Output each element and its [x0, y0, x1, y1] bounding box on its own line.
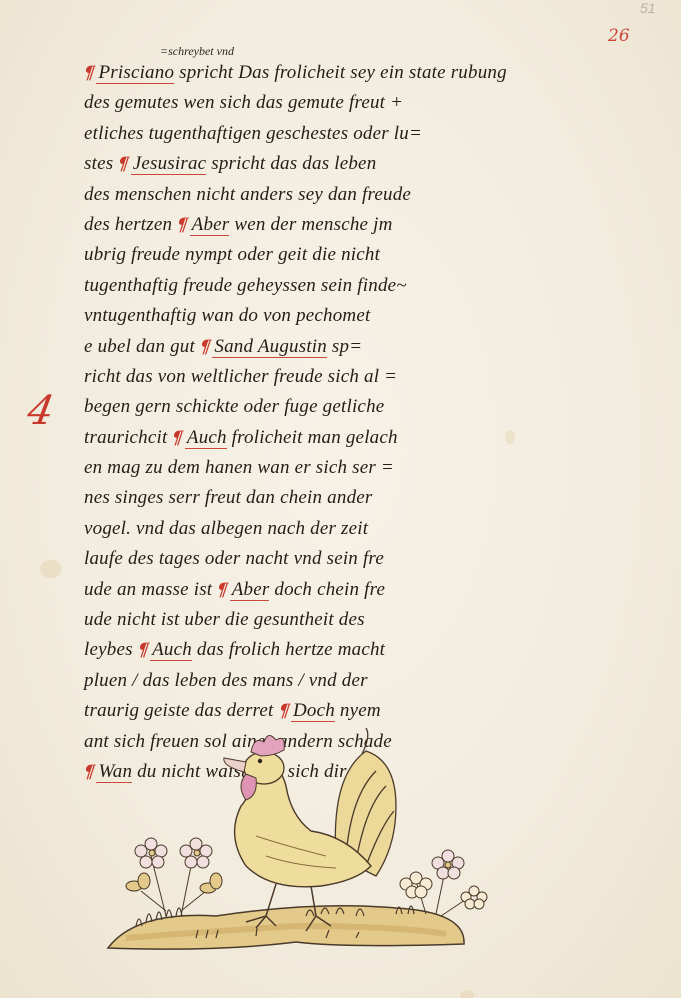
stain [460, 990, 474, 998]
line-text: tugenthaftig freude geheyssen sein finde… [84, 275, 407, 296]
manuscript-line: e ubel dan gut ¶Sand Augustin sp= [84, 332, 554, 362]
rubricated-word: Jesusirac [131, 153, 207, 175]
line-text: stes [84, 153, 118, 174]
line-text: des hertzen [84, 214, 177, 235]
manuscript-line: richt das von weltlicher freude sich al … [84, 362, 554, 392]
line-text: leybes [84, 639, 138, 660]
line-text: vogel. vnd das albegen nach der zeit [84, 518, 368, 539]
manuscript-line: begen gern schickte oder fuge getliche [84, 392, 554, 422]
rubricated-word: Prisciano [96, 62, 174, 84]
manuscript-page: 51 26 =schreybet vnd 4 ¶Prisciano sprich… [0, 0, 681, 998]
manuscript-line: nes singes serr freut dan chein ander [84, 483, 554, 513]
manuscript-line: vogel. vnd das albegen nach der zeit [84, 514, 554, 544]
manuscript-line: ude nicht ist uber die gesuntheit des [84, 605, 554, 635]
manuscript-line: vntugenthaftig wan do von pechomet [84, 301, 554, 331]
manuscript-line: traurichcit ¶Auch frolicheit man gelach [84, 423, 554, 453]
manuscript-line: en mag zu dem hanen wan er sich ser = [84, 453, 554, 483]
line-text: frolicheit man gelach [227, 427, 398, 448]
manuscript-line: etliches tugenthaftigen geschestes oder … [84, 119, 554, 149]
line-text: spricht das das leben [206, 153, 376, 174]
manuscript-line: stes ¶Jesusirac spricht das das leben [84, 149, 554, 179]
line-text: e ubel dan gut [84, 336, 200, 357]
rubricated-word: Auch [150, 639, 192, 661]
line-text: richt das von weltlicher freude sich al … [84, 366, 397, 387]
manuscript-line: ¶Prisciano spricht Das frolicheit sey ei… [84, 58, 554, 88]
manuscript-line: laufe des tages oder nacht vnd sein fre [84, 544, 554, 574]
pencil-folio-number: 51 [640, 0, 656, 16]
line-text: pluen / das leben des mans / vnd der [84, 670, 368, 691]
line-text: vntugenthaftig wan do von pechomet [84, 305, 370, 326]
line-text: ubrig freude nympt oder geit die nicht [84, 244, 380, 265]
stain [40, 560, 62, 578]
manuscript-line: ubrig freude nympt oder geit die nicht [84, 240, 554, 270]
line-text: ude an masse ist [84, 579, 217, 600]
manuscript-line: pluen / das leben des mans / vnd der [84, 666, 554, 696]
rubricated-word: Auch [185, 427, 227, 449]
line-text: sp= [327, 336, 362, 357]
text-block: ¶Prisciano spricht Das frolicheit sey ei… [84, 58, 554, 787]
line-text: en mag zu dem hanen wan er sich ser = [84, 457, 394, 478]
interlinear-note: =schreybet vnd [160, 44, 234, 59]
rooster-illustration [96, 716, 496, 966]
manuscript-line: des menschen nicht anders sey dan freude [84, 180, 554, 210]
rubricated-word: Aber [230, 579, 270, 601]
line-text: wen der mensche jm [229, 214, 392, 235]
line-text: ude nicht ist uber die gesuntheit des [84, 609, 365, 630]
rubricated-word: Aber [190, 214, 230, 236]
line-text: doch chein fre [269, 579, 385, 600]
line-text: begen gern schickte oder fuge getliche [84, 396, 384, 417]
line-text: nes singes serr freut dan chein ander [84, 487, 373, 508]
line-text: des gemutes wen sich das gemute freut + [84, 92, 403, 113]
line-text: etliches tugenthaftigen geschestes oder … [84, 123, 422, 144]
red-folio-number: 26 [608, 26, 630, 46]
margin-mark: 4 [24, 388, 58, 434]
line-text: des menschen nicht anders sey dan freude [84, 184, 411, 205]
line-text: traurichcit [84, 427, 172, 448]
line-text: spricht Das frolicheit sey ein state rub… [174, 62, 507, 83]
manuscript-line: des gemutes wen sich das gemute freut + [84, 88, 554, 118]
manuscript-line: tugenthaftig freude geheyssen sein finde… [84, 271, 554, 301]
line-text: das frolich hertze macht [192, 639, 385, 660]
manuscript-line: ude an masse ist ¶Aber doch chein fre [84, 575, 554, 605]
manuscript-line: leybes ¶Auch das frolich hertze macht [84, 635, 554, 665]
manuscript-line: des hertzen ¶Aber wen der mensche jm [84, 210, 554, 240]
line-text: laufe des tages oder nacht vnd sein fre [84, 548, 384, 569]
rubricated-word: Sand Augustin [212, 336, 327, 358]
